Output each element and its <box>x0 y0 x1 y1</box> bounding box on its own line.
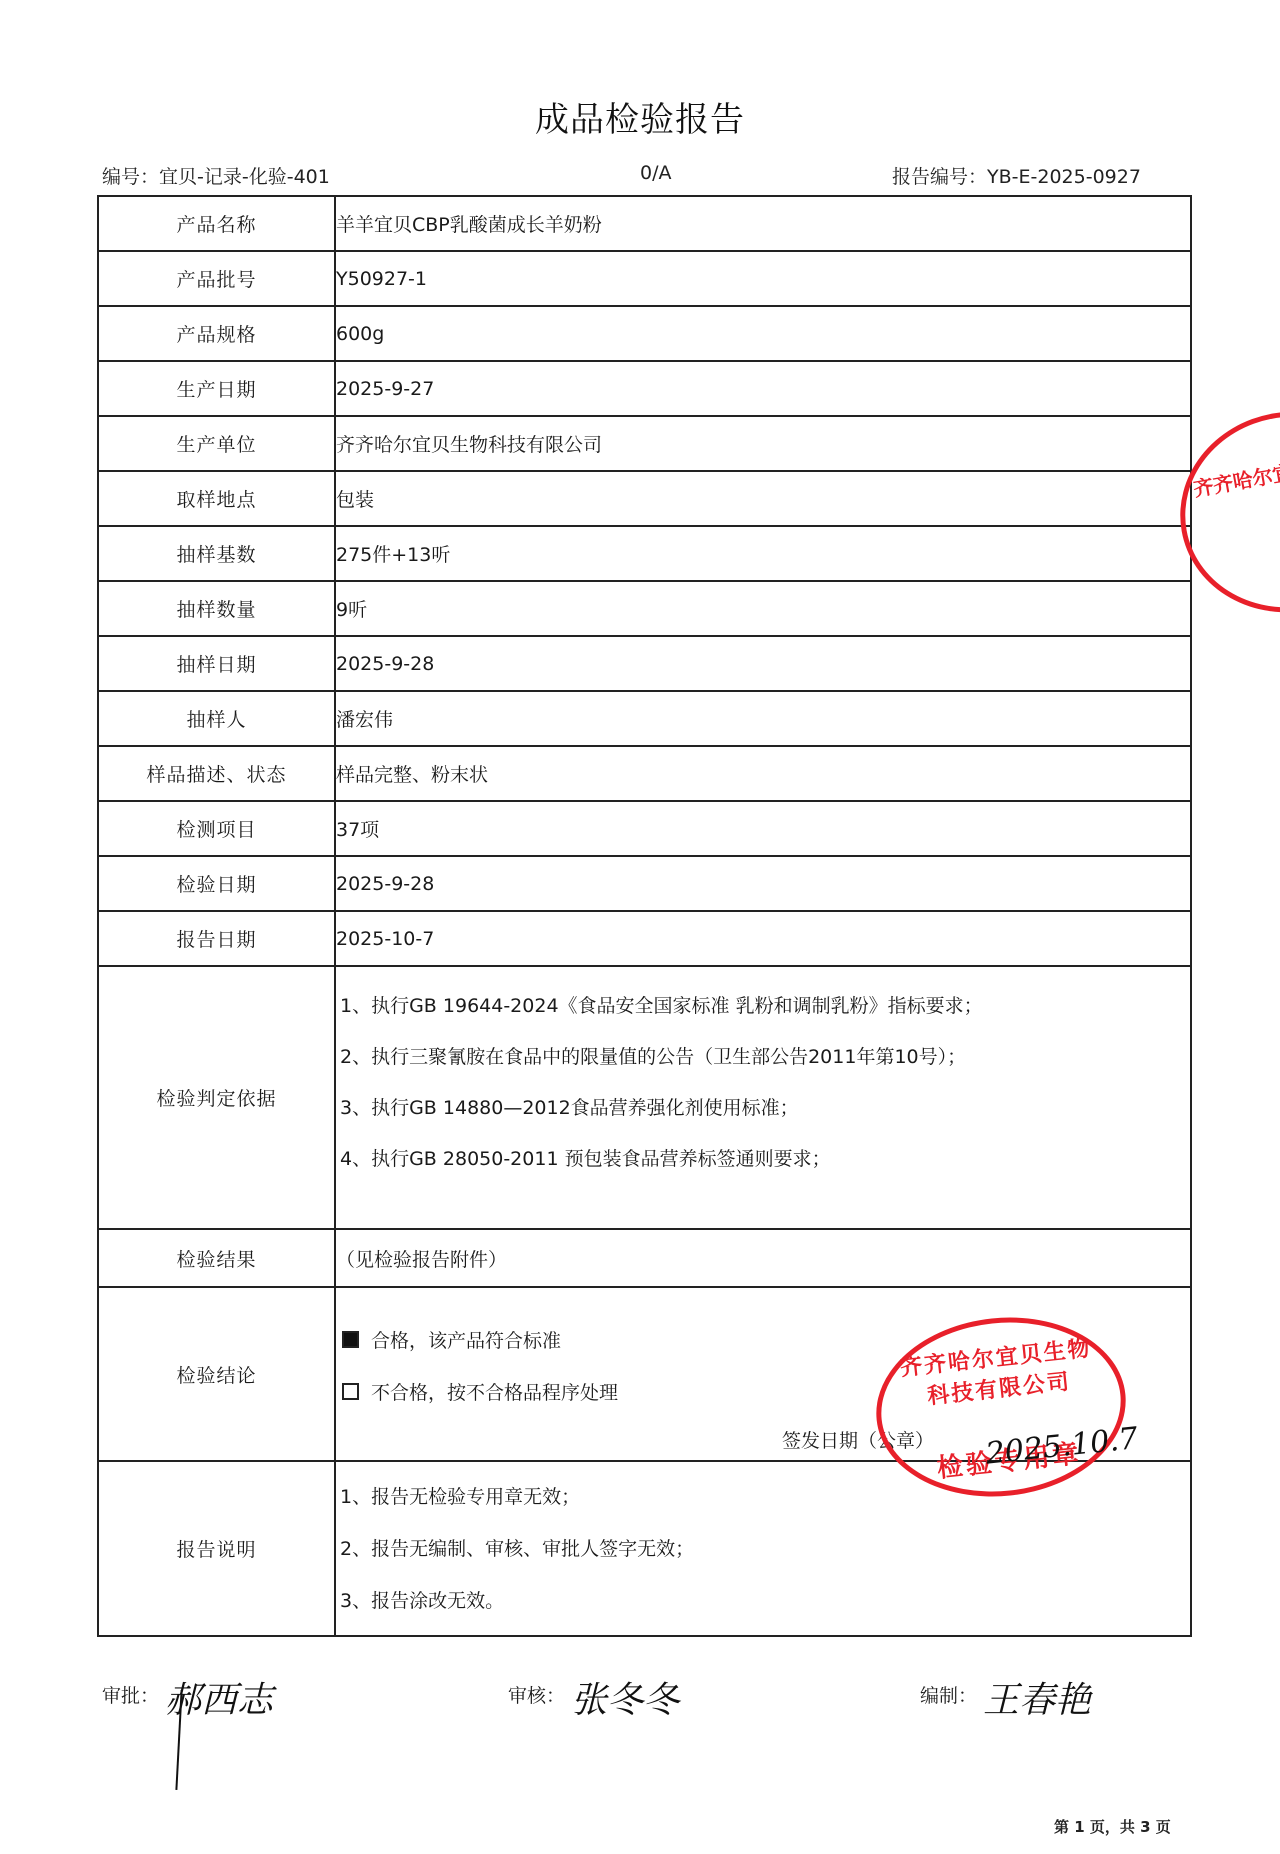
note-item: 2、报告无编制、审核、审批人签字无效； <box>336 1523 1190 1575</box>
report-number: 报告编号：YB-E-2025-0927 <box>892 162 1141 189</box>
compiler-handwriting: 王春艳 <box>983 1680 1091 1721</box>
table-row-basis: 检验判定依据 1、执行GB 19644-2024《食品安全国家标准 乳粉和调制乳… <box>98 966 1191 1229</box>
row-value: 羊羊宜贝CBP乳酸菌成长羊奶粉 <box>335 196 1191 251</box>
row-label: 检测项目 <box>98 801 335 856</box>
row-value: 600g <box>335 306 1191 361</box>
row-value: 潘宏伟 <box>335 691 1191 746</box>
table-row: 检测项目37项 <box>98 801 1191 856</box>
table-row: 报告日期2025-10-7 <box>98 911 1191 966</box>
row-value: 样品完整、粉末状 <box>335 746 1191 801</box>
reviewer-signature: 审核：张冬冬 <box>508 1672 679 1723</box>
table-row: 检验日期2025-9-28 <box>98 856 1191 911</box>
table-row: 产品规格600g <box>98 306 1191 361</box>
table-row: 生产单位齐齐哈尔宜贝生物科技有限公司 <box>98 416 1191 471</box>
row-value: 9听 <box>335 581 1191 636</box>
stamp-company-text: 齐齐哈尔宜贝生物科技有限公司 <box>895 1331 1100 1414</box>
row-value: 2025-10-7 <box>335 911 1191 966</box>
row-label: 生产单位 <box>98 416 335 471</box>
row-label: 抽样日期 <box>98 636 335 691</box>
row-label: 样品描述、状态 <box>98 746 335 801</box>
basis-item: 4、执行GB 28050-2011 预包装食品营养标签通则要求； <box>340 1134 1190 1185</box>
conclusion-option-fail[interactable]: 不合格，按不合格品程序处理 <box>342 1378 618 1405</box>
basis-value: 1、执行GB 19644-2024《食品安全国家标准 乳粉和调制乳粉》指标要求；… <box>335 966 1191 1229</box>
result-value: （见检验报告附件） <box>335 1229 1191 1287</box>
table-row: 产品名称羊羊宜贝CBP乳酸菌成长羊奶粉 <box>98 196 1191 251</box>
table-row: 生产日期2025-9-27 <box>98 361 1191 416</box>
basis-item: 1、执行GB 19644-2024《食品安全国家标准 乳粉和调制乳粉》指标要求； <box>340 981 1190 1032</box>
table-row: 抽样基数275件+13听 <box>98 526 1191 581</box>
row-label: 抽样人 <box>98 691 335 746</box>
row-label: 产品规格 <box>98 306 335 361</box>
basis-item: 2、执行三聚氰胺在食品中的限量值的公告（卫生部公告2011年第10号）； <box>340 1032 1190 1083</box>
row-label: 抽样基数 <box>98 526 335 581</box>
row-label: 产品批号 <box>98 251 335 306</box>
conclusion-option-pass[interactable]: 合格，该产品符合标准 <box>342 1326 561 1353</box>
row-label: 生产日期 <box>98 361 335 416</box>
table-row-result: 检验结果 （见检验报告附件） <box>98 1229 1191 1287</box>
row-value: 齐齐哈尔宜贝生物科技有限公司 <box>335 416 1191 471</box>
basis-label: 检验判定依据 <box>98 966 335 1229</box>
row-value: 275件+13听 <box>335 526 1191 581</box>
row-label: 检验日期 <box>98 856 335 911</box>
row-label: 产品名称 <box>98 196 335 251</box>
notes-value: 1、报告无检验专用章无效； 2、报告无编制、审核、审批人签字无效； 3、报告涂改… <box>335 1461 1191 1636</box>
table-row: 抽样人潘宏伟 <box>98 691 1191 746</box>
table-row: 取样地点包装 <box>98 471 1191 526</box>
compiler-signature: 编制：王春艳 <box>920 1672 1091 1723</box>
notes-label: 报告说明 <box>98 1461 335 1636</box>
checkbox-empty-icon[interactable] <box>342 1383 359 1400</box>
result-label: 检验结果 <box>98 1229 335 1287</box>
row-value: Y50927-1 <box>335 251 1191 306</box>
reviewer-handwriting: 张冬冬 <box>571 1680 679 1721</box>
row-value: 2025-9-27 <box>335 361 1191 416</box>
row-value: 包装 <box>335 471 1191 526</box>
table-row: 抽样数量9听 <box>98 581 1191 636</box>
row-label: 抽样数量 <box>98 581 335 636</box>
row-value: 2025-9-28 <box>335 636 1191 691</box>
checkbox-checked-icon[interactable] <box>342 1331 359 1348</box>
version: 0/A <box>640 162 672 184</box>
table-row: 产品批号Y50927-1 <box>98 251 1191 306</box>
basis-item: 3、执行GB 14880—2012食品营养强化剂使用标准； <box>340 1083 1190 1134</box>
row-label: 报告日期 <box>98 911 335 966</box>
row-label: 取样地点 <box>98 471 335 526</box>
conclusion-label: 检验结论 <box>98 1287 335 1461</box>
side-stamp-text: 齐齐哈尔宜贝生 <box>1191 449 1280 502</box>
note-item: 3、报告涂改无效。 <box>336 1575 1190 1627</box>
table-row: 抽样日期2025-9-28 <box>98 636 1191 691</box>
table-row: 样品描述、状态样品完整、粉末状 <box>98 746 1191 801</box>
row-value: 2025-9-28 <box>335 856 1191 911</box>
page-number: 第 1 页，共 3 页 <box>1054 1816 1171 1837</box>
report-title: 成品检验报告 <box>0 92 1280 141</box>
record-number: 编号：宜贝-记录-化验-401 <box>102 162 330 189</box>
approver-signature: 审批：郝西志 <box>102 1672 273 1723</box>
row-value: 37项 <box>335 801 1191 856</box>
